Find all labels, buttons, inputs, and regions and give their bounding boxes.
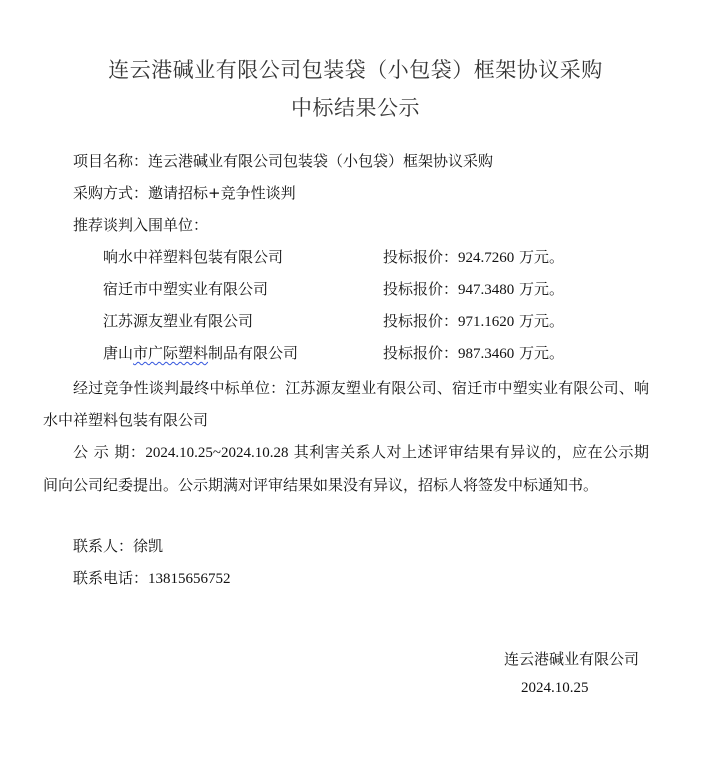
bidder-name-prefix: 唐山 — [103, 344, 133, 362]
bidder-row: 江苏源友塑业有限公司 投标报价：971.1620 万元。 — [103, 311, 623, 331]
price-unit: 万元。 — [519, 344, 564, 362]
publicity-label: 公 示 期： — [73, 443, 145, 461]
bidder-name: 宿迁市中塑实业有限公司 — [103, 279, 268, 299]
price-unit: 万元。 — [519, 280, 564, 298]
project-name-row: 项目名称：连云港碱业有限公司包装袋（小包袋）框架协议采购 — [73, 151, 493, 171]
shortlist-heading: 推荐谈判入围单位： — [73, 215, 208, 235]
contact-phone-label: 联系电话： — [73, 569, 148, 587]
price-unit: 万元。 — [519, 248, 564, 266]
bidder-price: 投标报价：971.1620 万元。 — [383, 311, 564, 332]
bidder-row: 宿迁市中塑实业有限公司 投标报价：947.3480 万元。 — [103, 279, 623, 299]
project-name-label: 项目名称： — [73, 152, 148, 170]
bidder-row: 响水中祥塑料包装有限公司 投标报价：924.7260 万元。 — [103, 247, 623, 267]
bidder-row: 唐山市广际塑料制品有限公司 投标报价：987.3460 万元。 — [103, 343, 623, 363]
signature-company: 连云港碱业有限公司 — [504, 648, 639, 669]
procurement-method-value: 邀请招标+竞争性谈判 — [148, 184, 296, 202]
bidder-name: 江苏源友塑业有限公司 — [103, 311, 253, 331]
bidder-price: 投标报价：924.7260 万元。 — [383, 247, 564, 268]
price-label: 投标报价： — [383, 344, 458, 362]
bidder-price: 投标报价：987.3460 万元。 — [383, 343, 564, 364]
contact-person-label: 联系人： — [73, 537, 133, 555]
document-title-line-2: 中标结果公示 — [0, 92, 711, 122]
price-label: 投标报价： — [383, 312, 458, 330]
price-label: 投标报价： — [383, 248, 458, 266]
procurement-method-label: 采购方式： — [73, 184, 148, 202]
bidder-name-suffix: 制品有限公司 — [208, 344, 298, 362]
contact-person-row: 联系人：徐凯 — [73, 536, 163, 556]
price-unit: 万元。 — [519, 312, 564, 330]
winners-paragraph: 经过竞争性谈判最终中标单位：江苏源友塑业有限公司、宿迁市中塑实业有限公司、响水中… — [43, 373, 649, 436]
contact-phone-row: 联系电话：13815656752 — [73, 568, 231, 589]
price-value: 924.7260 — [458, 250, 514, 266]
bidder-name: 响水中祥塑料包装有限公司 — [103, 247, 283, 267]
contact-person-value: 徐凯 — [133, 537, 163, 555]
procurement-method-row: 采购方式：邀请招标+竞争性谈判 — [73, 183, 296, 203]
project-name-value: 连云港碱业有限公司包装袋（小包袋）框架协议采购 — [148, 152, 493, 170]
publicity-period: 2024.10.25~2024.10.28 — [145, 445, 288, 461]
price-value: 971.1620 — [458, 314, 514, 330]
spellcheck-underlined-text: 市广际塑料 — [133, 344, 208, 362]
price-value: 947.3480 — [458, 282, 514, 298]
publicity-paragraph: 公 示 期：2024.10.25~2024.10.28 其利害关系人对上述评审结… — [43, 437, 649, 501]
contact-phone-value: 13815656752 — [148, 571, 231, 587]
signature-date: 2024.10.25 — [521, 680, 589, 697]
price-value: 987.3460 — [458, 346, 514, 362]
bidder-name: 唐山市广际塑料制品有限公司 — [103, 343, 298, 363]
bidder-price: 投标报价：947.3480 万元。 — [383, 279, 564, 300]
document-title-line-1: 连云港碱业有限公司包装袋（小包袋）框架协议采购 — [0, 54, 711, 84]
price-label: 投标报价： — [383, 280, 458, 298]
